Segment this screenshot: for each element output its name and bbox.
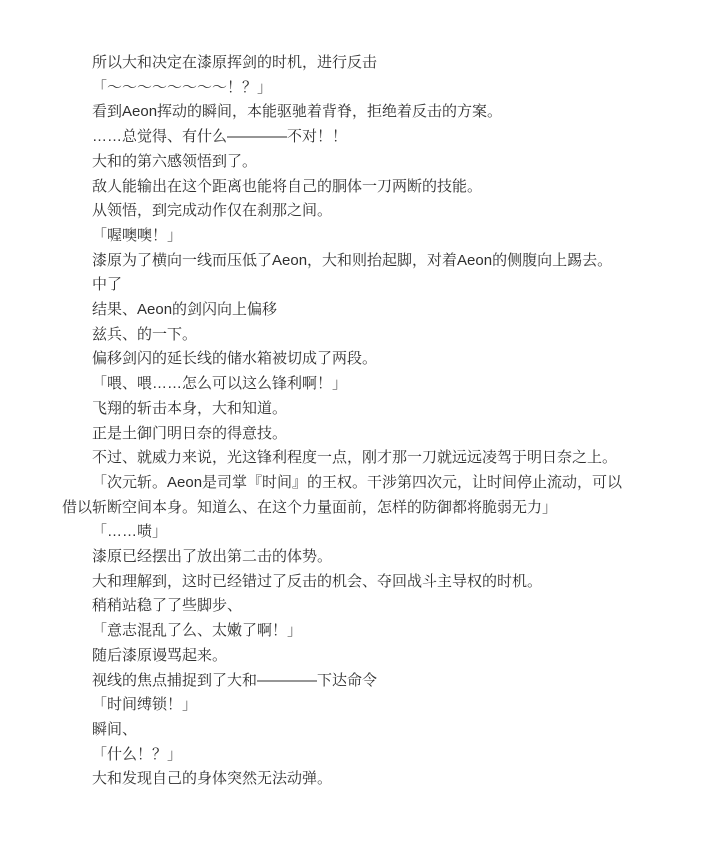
text-paragraph: 看到Aeon挥动的瞬间，本能驱驰着背脊，拒绝着反击的方案。: [62, 100, 634, 125]
text-paragraph: 漆原为了横向一线而压低了Aeon，大和则抬起脚，对着Aeon的侧腹向上踢去。: [62, 249, 634, 274]
text-paragraph: 敌人能输出在这个距离也能将自己的胴体一刀两断的技能。: [62, 175, 634, 200]
text-paragraph: 「时间缚锁！」: [62, 693, 634, 718]
text-paragraph: 「意志混乱了么、太嫩了啊！」: [62, 619, 634, 644]
text-paragraph: 从领悟，到完成动作仅在刹那之间。: [62, 199, 634, 224]
text-paragraph: 飞翔的斩击本身，大和知道。: [62, 397, 634, 422]
text-paragraph: 大和的第六感领悟到了。: [62, 150, 634, 175]
text-paragraph: 随后漆原谩骂起来。: [62, 644, 634, 669]
text-paragraph: 「……啧」: [62, 520, 634, 545]
text-paragraph: 瞬间、: [62, 718, 634, 743]
text-paragraph: 大和理解到，这时已经错过了反击的机会、夺回战斗主导权的时机。: [62, 570, 634, 595]
text-block: 所以大和决定在漆原挥剑的时机，进行反击 「～～～～～～～～！？」 看到Aeon挥…: [62, 51, 634, 792]
text-paragraph: 视线的焦点捕捉到了大和————下达命令: [62, 669, 634, 694]
text-paragraph: 稍稍站稳了了些脚步、: [62, 594, 634, 619]
text-paragraph: ……总觉得、有什么————不对！！: [62, 125, 634, 150]
text-paragraph: 不过、就威力来说，光这锋利程度一点，刚才那一刀就远远凌驾于明日奈之上。: [62, 446, 634, 471]
text-paragraph: 「喂、喂……怎么可以这么锋利啊！」: [62, 372, 634, 397]
document-page: 所以大和决定在漆原挥剑的时机，进行反击 「～～～～～～～～！？」 看到Aeon挥…: [0, 0, 708, 850]
text-paragraph: 结果、Aeon的剑闪向上偏移: [62, 298, 634, 323]
text-paragraph: 正是土御门明日奈的得意技。: [62, 422, 634, 447]
text-paragraph: 漆原已经摆出了放出第二击的体势。: [62, 545, 634, 570]
text-paragraph: 兹兵、的一下。: [62, 323, 634, 348]
text-paragraph: 所以大和决定在漆原挥剑的时机，进行反击: [62, 51, 634, 76]
text-paragraph: 中了: [62, 273, 634, 298]
text-paragraph: 大和发现自己的身体突然无法动弹。: [62, 767, 634, 792]
text-paragraph: 「次元斩。Aeon是司掌『时间』的王权。干涉第四次元，让时间停止流动，可以借以斩…: [62, 471, 634, 520]
text-paragraph: 「喔噢噢！」: [62, 224, 634, 249]
text-paragraph: 「什么！？」: [62, 743, 634, 768]
text-paragraph: 「～～～～～～～～！？」: [62, 76, 634, 101]
text-paragraph: 偏移剑闪的延长线的储水箱被切成了两段。: [62, 347, 634, 372]
